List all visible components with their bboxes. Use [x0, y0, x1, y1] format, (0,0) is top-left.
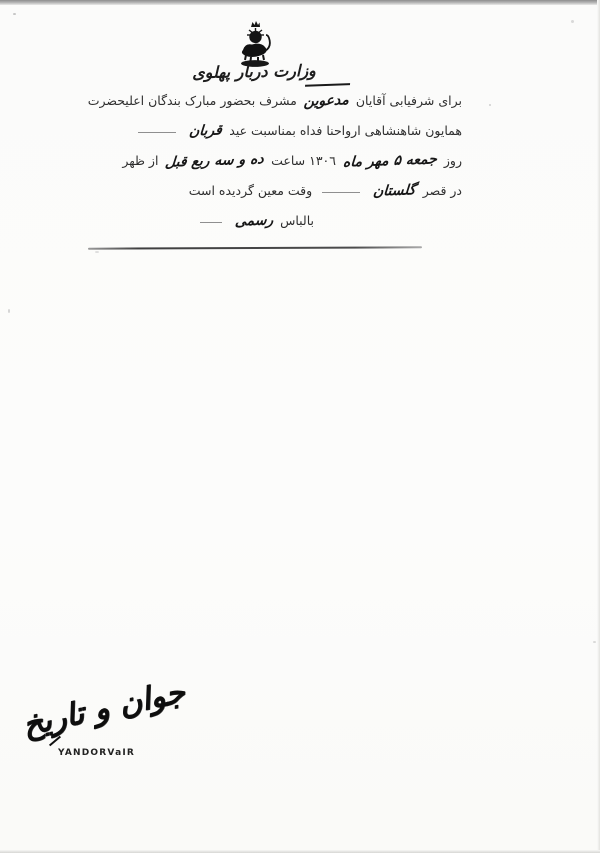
line1-printed-a: برای شرفیابی آقایان	[356, 93, 462, 108]
body-line-1: برای شرفیابی آقایان مدعوین مشرف بحضور مب…	[102, 84, 462, 116]
body-line-5: بالباس رسمی	[102, 206, 314, 236]
scan-noise-speck	[593, 641, 596, 643]
document-paper: وزارت دربار پهلوی برای شرفیابی آقایان مد…	[0, 0, 600, 853]
form-blank-rule	[138, 131, 176, 133]
line3-handwritten-time: ده و سه ربع قبل	[164, 145, 265, 178]
line4-handwritten-palace: گلستان	[372, 176, 417, 207]
line3-printed-c: از ظهر	[122, 153, 158, 168]
scan-noise-speck	[571, 20, 574, 23]
line5-printed: بالباس	[280, 213, 314, 228]
archive-watermark: جوان و تاریخ YANDORVaIR	[26, 690, 186, 780]
scanned-document-page: { "document": { "emblem_icon": "lion-and…	[0, 0, 600, 853]
form-blank-rule	[322, 191, 360, 193]
line3-printed-b: ١٣٠٦ ساعت	[271, 153, 336, 168]
scan-noise-speck	[13, 13, 16, 15]
line4-printed-a: در قصر	[423, 183, 462, 198]
watermark-latin-text: YANDORVaIR	[58, 748, 135, 758]
form-blank-rule	[200, 221, 222, 223]
watermark-calligraphy: جوان و تاریخ	[24, 674, 188, 742]
body-line-4: در قصر گلستان وقت معین گردیده است	[102, 176, 462, 206]
divider-rule	[88, 246, 422, 249]
scan-noise-speck	[8, 309, 10, 313]
line1-handwritten-fill: مدعوین	[303, 83, 350, 117]
line1-printed-b: مشرف بحضور مبارک بندگان اعلیحضرت	[88, 93, 297, 108]
line2-handwritten-fill: قربان	[188, 116, 223, 146]
scan-noise-speck	[489, 104, 491, 106]
body-line-2: همایون شاهنشاهی ارواحنا فداه بمناسبت عید…	[102, 116, 462, 146]
ministry-header: وزارت دربار پهلوی	[192, 61, 316, 82]
line3-handwritten-date: جمعه ۵ مهر ماه	[342, 145, 438, 177]
line4-printed-b: وقت معین گردیده است	[189, 183, 312, 198]
line2-printed: همایون شاهنشاهی ارواحنا فداه بمناسبت عید	[229, 123, 462, 138]
scan-top-edge	[0, 0, 600, 5]
letter-body: برای شرفیابی آقایان مدعوین مشرف بحضور مب…	[102, 84, 462, 236]
body-line-3: روز جمعه ۵ مهر ماه ١٣٠٦ ساعت ده و سه ربع…	[102, 146, 462, 176]
line3-printed-a: روز	[444, 153, 462, 168]
line5-handwritten-dresscode: رسمی	[234, 206, 274, 236]
scan-noise-speck	[95, 251, 99, 253]
